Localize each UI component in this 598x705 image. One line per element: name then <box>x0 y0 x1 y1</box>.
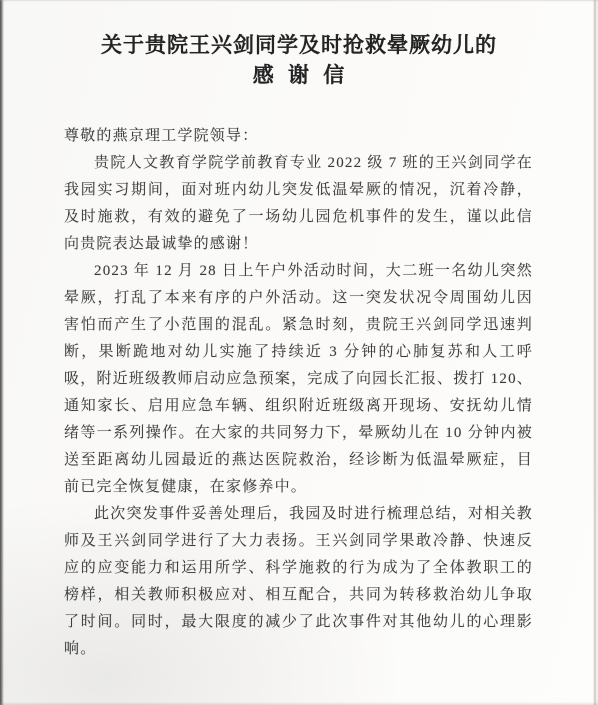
scanned-letter-page: 关于贵院王兴剑同学及时抢救晕厥幼儿的 感 谢 信 尊敬的燕京理工学院领导： 贵院… <box>0 0 598 705</box>
paragraph-intro: 贵院人文教育学院学前教育专业 2022 级 7 班的王兴剑同学在我园实习期间，面… <box>64 150 533 258</box>
scan-edge-left <box>0 0 4 705</box>
paragraph-commendation: 此次突发事件妥善处理后，我园及时进行梳理总结，对相关教师及王兴剑同学进行了大力表… <box>64 501 533 663</box>
letter-title: 关于贵院王兴剑同学及时抢救晕厥幼儿的 感 谢 信 <box>0 30 598 90</box>
salutation: 尊敬的燕京理工学院领导： <box>64 123 533 150</box>
letter-body: 尊敬的燕京理工学院领导： 贵院人文教育学院学前教育专业 2022 级 7 班的王… <box>64 123 533 663</box>
scan-edge-right <box>593 0 598 705</box>
scan-edge-top <box>0 0 598 2</box>
letter-title-line2: 感 谢 信 <box>0 60 598 90</box>
paragraph-incident: 2023 年 12 月 28 日上午户外活动时间，大二班一名幼儿突然晕厥，打乱了… <box>64 258 533 501</box>
letter-title-line1: 关于贵院王兴剑同学及时抢救晕厥幼儿的 <box>0 30 598 60</box>
